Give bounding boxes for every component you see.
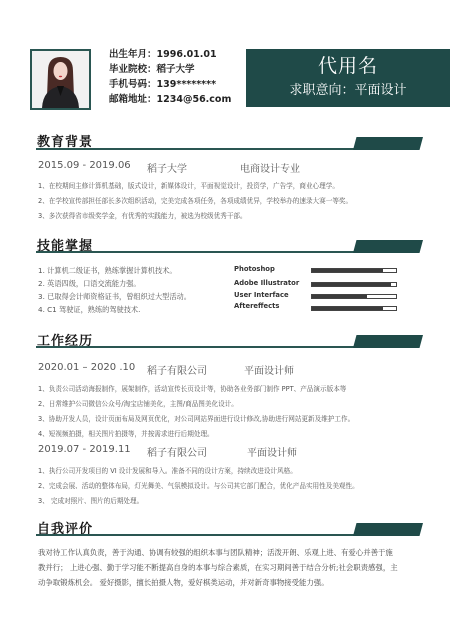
info-birth: 出生年月：1996.01.01 (109, 47, 231, 62)
education-bullet: 2、在学校宣传部担任部长多次组织活动，完美完成各项任务，各项成绩优异，学校举办的… (38, 195, 352, 205)
section-divider (36, 346, 358, 348)
job-intent: 求职意向：平面设计 (246, 82, 450, 100)
person-photo-icon (32, 51, 89, 108)
education-bullet: 3、多次获得省市级奖学金，有优秀的实践能力，被选为校级优秀干部。 (38, 210, 247, 220)
job-company: 稻子有限公司 (147, 444, 207, 459)
job-role: 平面设计师 (247, 444, 297, 459)
job-bullet: 2、完成会展、活动的整体布局，灯光舞美、气氛模拟设计。与公司其它部门配合，优化产… (38, 480, 359, 490)
basic-info: 出生年月：1996.01.01 毕业院校：稻子大学 手机号码：139******… (109, 47, 231, 107)
info-value: 139******** (157, 79, 217, 90)
education-bullet: 1、在校期间主修计算机基础，版式设计，新媒体设计，平面视觉设计，投资学，广告学，… (38, 180, 339, 190)
info-label: 手机号码： (109, 79, 157, 90)
skill-bar-user-interface (311, 294, 397, 299)
job-row: 2020.01 – 2020 .10 稻子有限公司 平面设计师 (38, 362, 398, 376)
job-bullet: 4、短视频拍摄，相关图片拍摄等，并按需求进行后期处理。 (38, 428, 214, 438)
job-bullet: 3、 完成对照片、图片的后期处理。 (38, 495, 143, 505)
skill-bar-fill (312, 307, 383, 310)
skill-item: 2. 英语四级，口语交流能力强。 (38, 277, 191, 290)
self-eval-text: 我对待工作认真负责，善于沟通、协调有较强的组织本事与团队精神；活泼开朗、乐观上进… (38, 545, 400, 590)
skill-item: 3. 已取得会计师资格证书，曾组织过大型活动。 (38, 290, 191, 303)
job-bullet: 3、协助开发人员，设计页面布局及网页优化，对公司网站界面进行设计修改,协助进行网… (38, 413, 354, 423)
job-bullet: 2、日常维护公司微信公众号/淘宝店铺美化，主图/商品图美化设计。 (38, 398, 238, 408)
section-tab-decoration (353, 137, 423, 150)
job-role: 平面设计师 (244, 362, 294, 377)
skill-item: 1. 计算机二级证书，熟练掌握计算机技术。 (38, 264, 191, 277)
info-phone: 手机号码：139******** (109, 77, 231, 92)
skill-bar-fill (312, 295, 367, 298)
section-tab-decoration (353, 335, 423, 348)
skill-bar-aftereffects (311, 306, 397, 311)
job-period: 2019.07 - 2019.11 (38, 444, 131, 455)
education-period: 2015.09 - 2019.06 (38, 160, 131, 171)
info-label: 毕业院校： (109, 64, 157, 75)
info-value: 1234@56.com (157, 94, 232, 105)
section-divider (36, 534, 358, 536)
skill-bar-illustrator (311, 282, 397, 287)
job-bullet: 1、负责公司活动海报制作，展架制作，活动宣传长页设计等，协助各业务部门制作 PP… (38, 383, 346, 393)
section-tab-decoration (353, 523, 423, 536)
skill-label-aftereffects: Aftereffects (234, 302, 279, 310)
skill-label-user-interface: User Interface (234, 291, 289, 299)
candidate-name: 代用名 (246, 55, 450, 77)
education-major: 电商设计专业 (240, 160, 300, 175)
skill-label-illustrator: Adobe Illustrator (234, 279, 299, 287)
info-label: 出生年月： (109, 49, 157, 60)
info-email: 邮箱地址：1234@56.com (109, 92, 231, 107)
education-row: 2015.09 - 2019.06 稻子大学 电商设计专业 (38, 160, 398, 174)
info-school: 毕业院校：稻子大学 (109, 62, 231, 77)
job-company: 稻子有限公司 (147, 362, 207, 377)
skills-list: 1. 计算机二级证书，熟练掌握计算机技术。 2. 英语四级，口语交流能力强。 3… (38, 264, 191, 316)
skill-label-photoshop: Photoshop (234, 265, 275, 273)
section-divider (36, 251, 358, 253)
profile-photo (30, 49, 91, 110)
job-period: 2020.01 – 2020 .10 (38, 362, 135, 373)
name-banner: 代用名 求职意向：平面设计 (246, 49, 450, 107)
info-value: 稻子大学 (157, 64, 195, 75)
skill-bar-fill (312, 269, 383, 272)
job-row: 2019.07 - 2019.11 稻子有限公司 平面设计师 (38, 444, 398, 458)
job-bullet: 1、执行公司开发项目的 VI 设计发展和导入。准备不同的设计方案，持续改进设计风… (38, 465, 297, 475)
info-value: 1996.01.01 (157, 49, 217, 60)
skill-item: 4. C1 驾驶证，熟练的驾驶技术. (38, 303, 191, 316)
section-divider (36, 148, 358, 150)
education-school: 稻子大学 (147, 160, 187, 175)
info-label: 邮箱地址： (109, 94, 157, 105)
skill-bar-fill (312, 283, 391, 286)
section-tab-decoration (353, 240, 423, 253)
skill-bar-photoshop (311, 268, 397, 273)
